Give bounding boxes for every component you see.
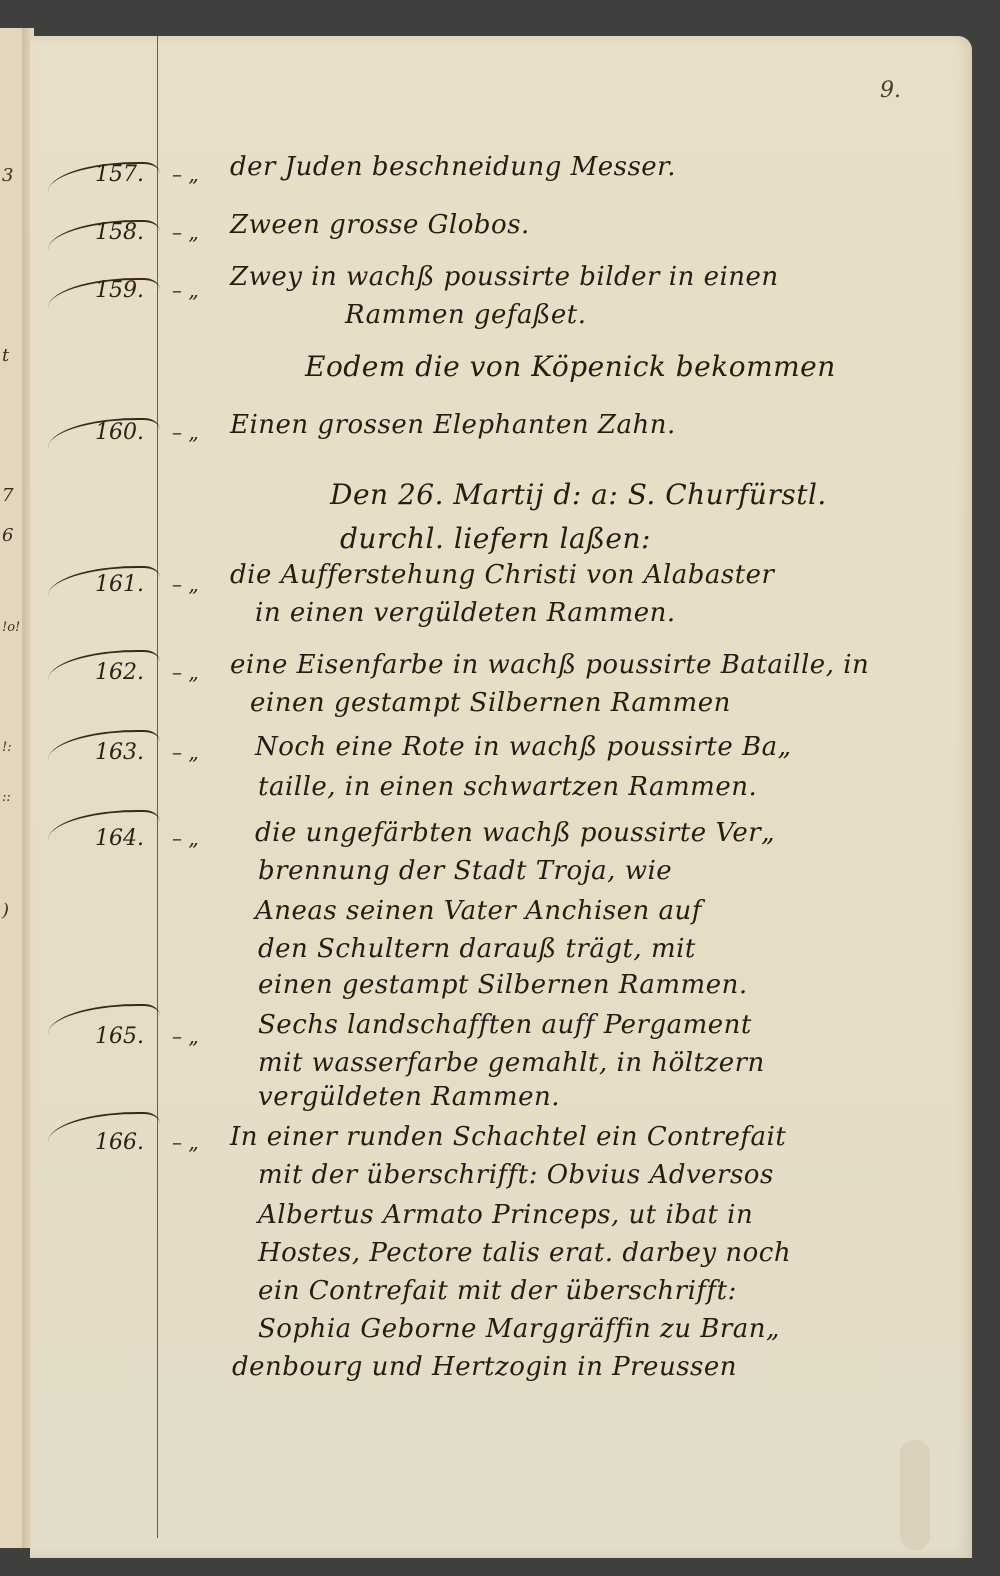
entry-text-line: denbourg und Hertzogin in Preussen [232,1352,737,1382]
margin-rule-line [157,36,158,1538]
ditto-mark: – „ [172,162,199,186]
paper-stain [900,1440,930,1550]
entry-text-line: die Aufferstehung Christi von Alabaster [230,560,774,590]
entry-text-line: Sophia Geborne Marggräffin zu Bran„ [258,1314,780,1344]
fragment-glyph: !: [2,740,12,755]
entry-number: 160. [95,420,165,445]
entry-number: 158. [95,220,165,245]
ditto-mark: – „ [172,572,199,596]
entry-text-line: der Juden beschneidung Messer. [230,152,676,182]
entry-text-line: Zwey in wachß poussirte bilder in einen [230,262,779,292]
entry-text-line: einen gestampt Silbernen Rammen [250,688,731,718]
entry-text-line: mit wasserfarbe gemahlt, in höltzern [258,1048,765,1078]
ditto-mark: – „ [172,660,199,684]
ditto-mark: – „ [172,826,199,850]
entry-text-line: Rammen gefaßet. [345,300,587,330]
entry-number: 166. [95,1130,165,1155]
entry-text-line: Sechs landschafften auff Pergament [258,1010,752,1040]
ditto-mark: – „ [172,220,199,244]
fragment-glyph: 6 [2,525,13,546]
entry-text-line: ein Contrefait mit der überschrifft: [258,1276,737,1306]
entry-number: 164. [95,826,165,851]
entry-text-line: eine Eisenfarbe in wachß poussirte Batai… [230,650,869,680]
entry-text-line: brennung der Stadt Troja, wie [258,856,672,886]
entry-number: 163. [95,740,165,765]
fragment-glyph: 3 [2,165,13,186]
fragment-glyph: 7 [2,485,13,506]
entry-text-line: Einen grossen Elephanten Zahn. [230,410,676,440]
ditto-mark: – „ [172,740,199,764]
fragment-glyph: ) [2,900,9,921]
entry-text-line: In einer runden Schachtel ein Contrefait [230,1122,786,1152]
entry-number: 162. [95,660,165,685]
entry-text-line: in einen vergüldeten Rammen. [255,598,676,628]
date-heading-line: Den 26. Martij d: a: S. Churfürstl. [330,478,827,511]
fragment-glyph: :: [2,790,11,805]
ditto-mark: – „ [172,278,199,302]
folio-number: 9. [880,78,901,103]
section-heading: Eodem die von Köpenick bekommen [305,350,836,383]
entry-text-line: Hostes, Pectore talis erat. darbey noch [258,1238,791,1268]
entry-number: 165. [95,1024,165,1049]
entry-text-line: Albertus Armato Princeps, ut ibat in [258,1200,753,1230]
previous-page-fragments: 3 t 7 6 !o! !: :: ) [0,0,22,1576]
entry-number: 161. [95,572,165,597]
entry-text-line: Zween grosse Globos. [230,210,530,240]
entry-number: 157. [95,162,165,187]
entry-text-line: Noch eine Rote in wachß poussirte Ba„ [255,732,792,762]
entry-text-line: einen gestampt Silbernen Rammen. [258,970,748,1000]
ditto-mark: – „ [172,1130,199,1154]
entry-text-line: Aneas seinen Vater Anchisen auf [255,896,702,926]
fragment-glyph: !o! [2,620,20,635]
entry-text-line: vergüldeten Rammen. [258,1082,560,1112]
entry-text-line: den Schultern darauß trägt, mit [258,934,696,964]
entry-text-line: taille, in einen schwartzen Rammen. [258,772,757,802]
ditto-mark: – „ [172,1024,199,1048]
entry-text-line: die ungefärbten wachß poussirte Ver„ [255,818,775,848]
entry-number: 159. [95,278,165,303]
date-heading-line: durchl. liefern laßen: [340,522,651,555]
entry-text-line: mit der überschrifft: Obvius Adversos [258,1160,774,1190]
fragment-glyph: t [2,345,9,366]
ditto-mark: – „ [172,420,199,444]
